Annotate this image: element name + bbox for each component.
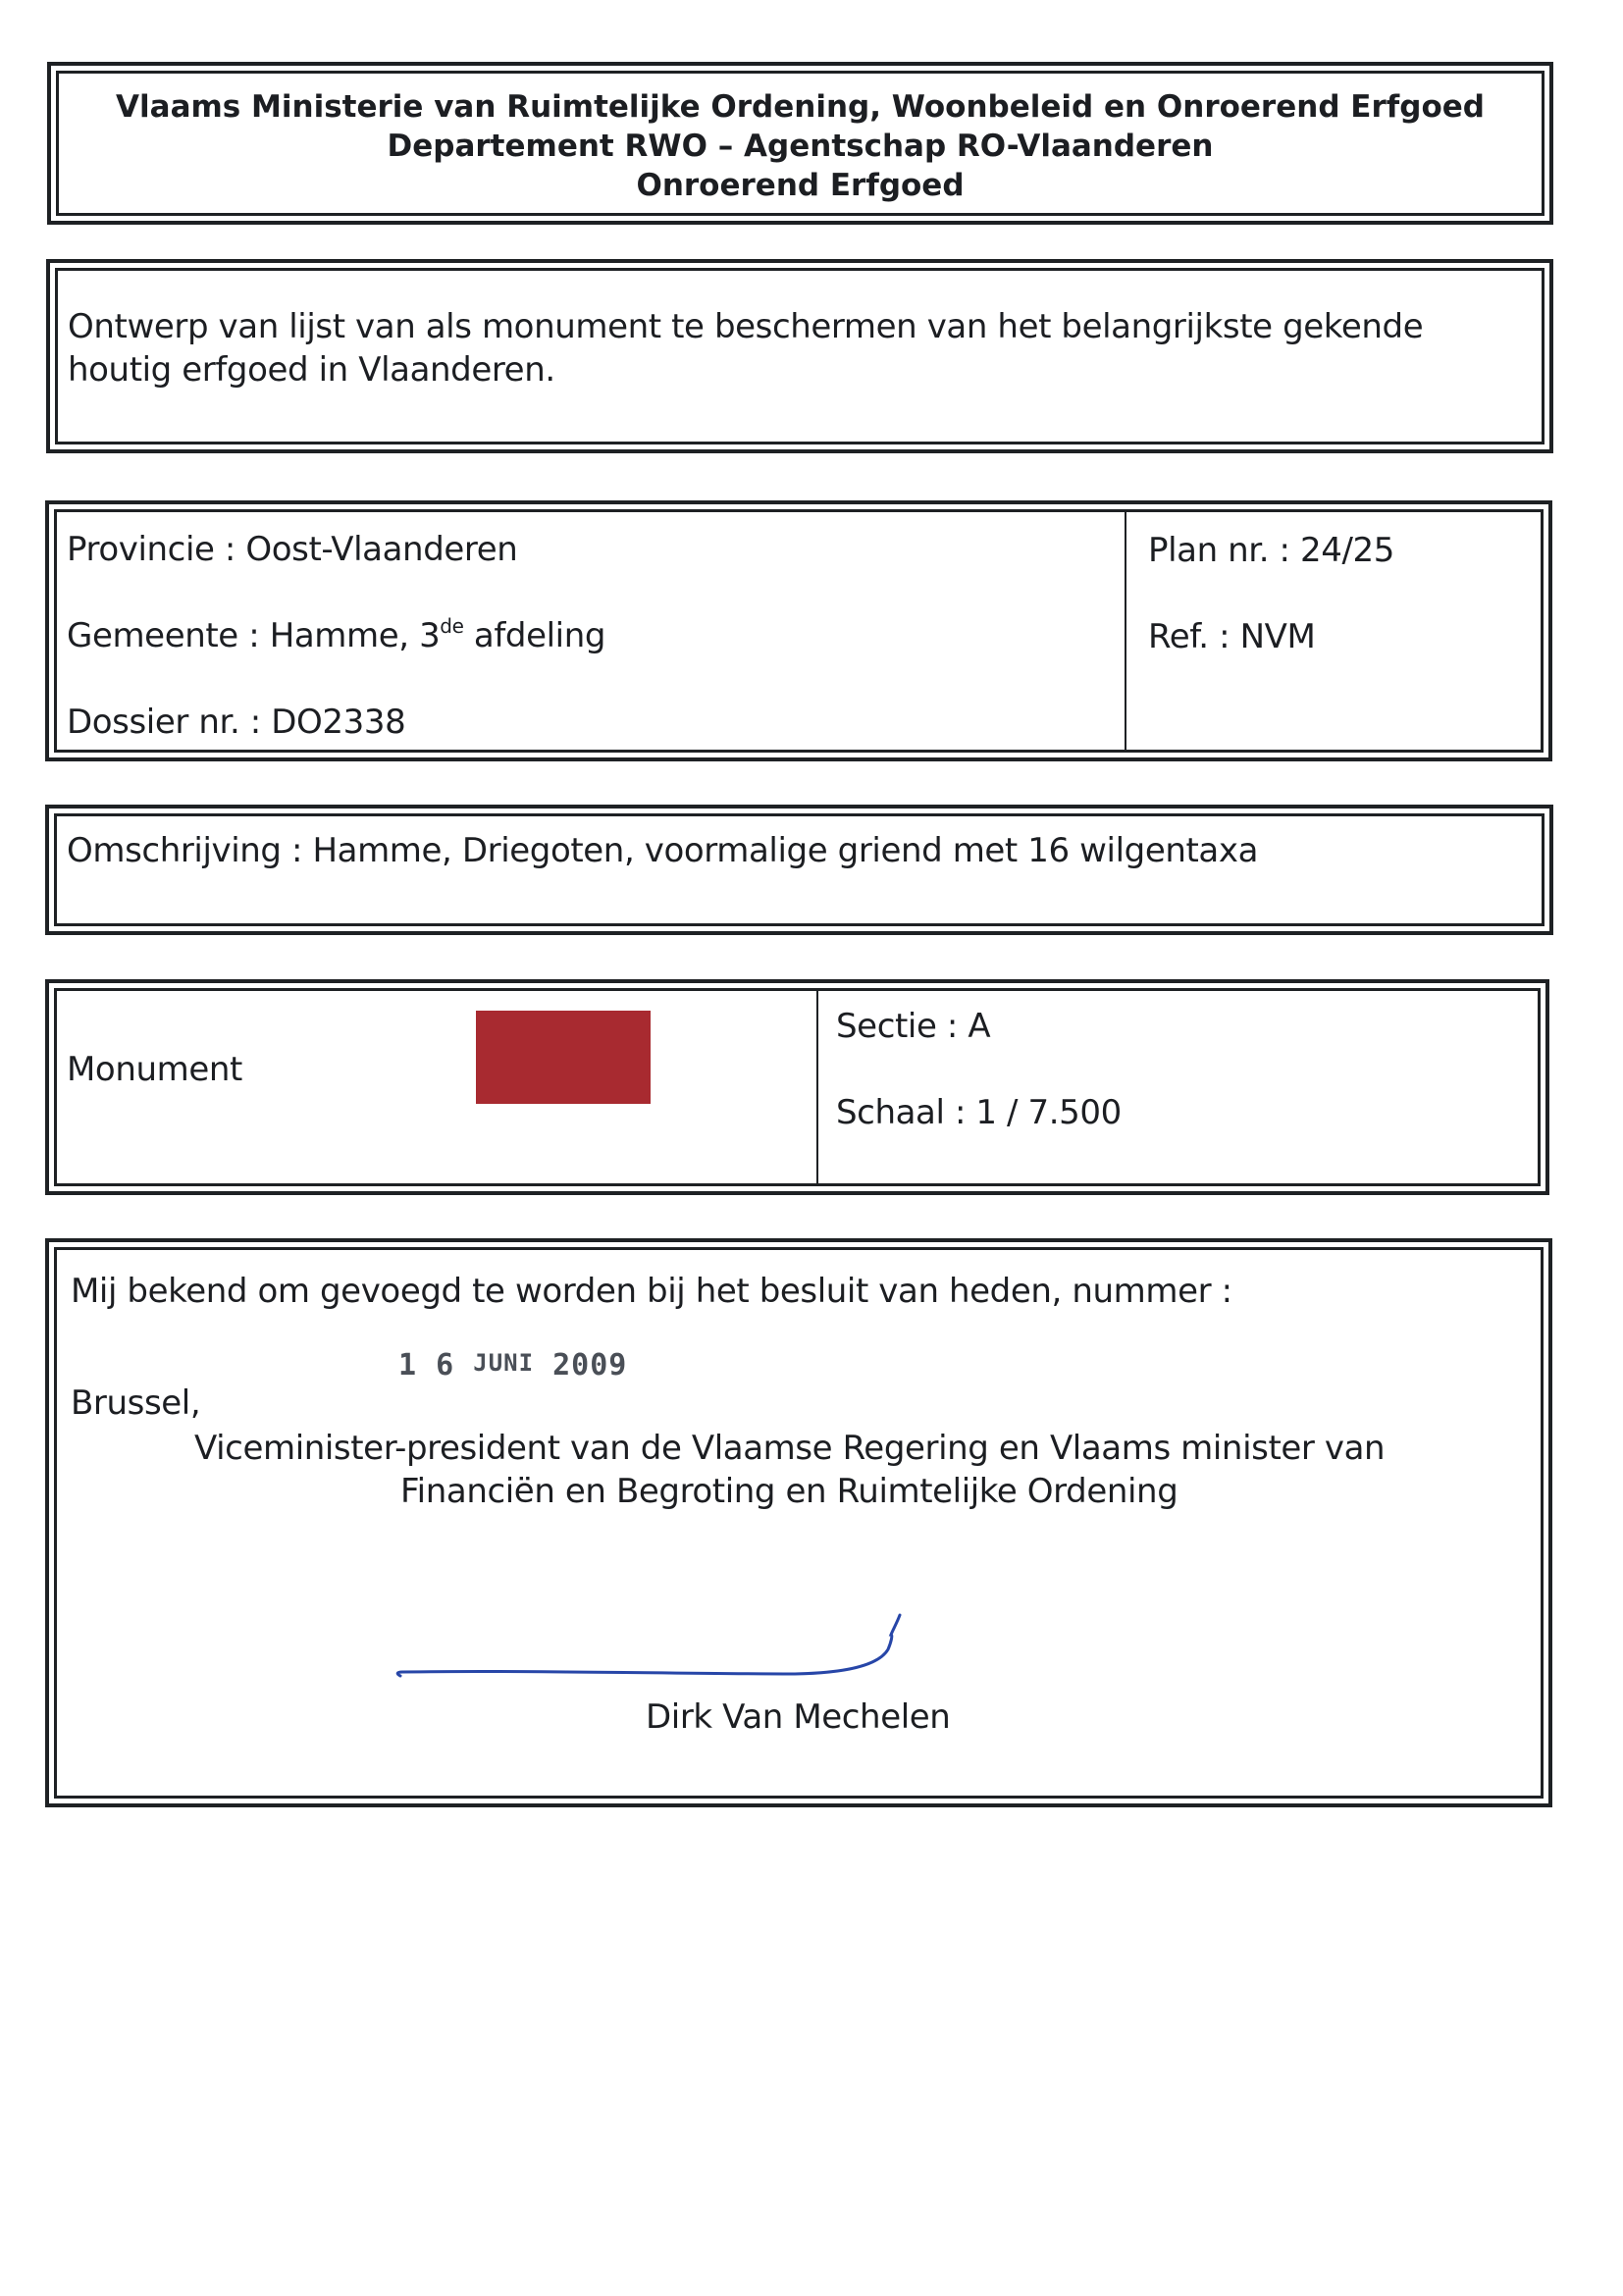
ref-field: Ref. : NVM bbox=[1148, 617, 1315, 656]
location-divider bbox=[1125, 512, 1126, 750]
approval-intro: Mij bekend om gevoegd te worden bij het … bbox=[71, 1272, 1232, 1311]
agency-title: Onroerend Erfgoed bbox=[51, 166, 1549, 205]
subject-line-1: Ontwerp van lijst van als monument te be… bbox=[68, 307, 1423, 346]
dossier-field: Dossier nr. : DO2338 bbox=[67, 703, 405, 742]
subject-box: Ontwerp van lijst van als monument te be… bbox=[46, 259, 1553, 453]
gemeente-field: Gemeente : Hamme, 3de afdeling bbox=[67, 616, 605, 655]
minister-title-line-1: Viceminister-president van de Vlaamse Re… bbox=[194, 1429, 1385, 1468]
description-text: Omschrijving : Hamme, Driegoten, voormal… bbox=[67, 831, 1258, 870]
stamp-year: 2009 bbox=[552, 1348, 627, 1383]
signature-mark bbox=[383, 1605, 932, 1694]
signatory-name: Dirk Van Mechelen bbox=[646, 1697, 950, 1737]
gemeente-ordinal: de bbox=[440, 614, 463, 638]
stamp-day: 1 6 bbox=[398, 1348, 454, 1383]
location-box: Provincie : Oost-Vlaanderen Gemeente : H… bbox=[45, 500, 1552, 761]
approval-box: Mij bekend om gevoegd te worden bij het … bbox=[45, 1238, 1552, 1807]
minister-title-line-2: Financiën en Begroting en Ruimtelijke Or… bbox=[400, 1472, 1178, 1511]
place-text: Brussel, bbox=[71, 1383, 200, 1423]
ministry-title: Vlaams Ministerie van Ruimtelijke Ordeni… bbox=[51, 87, 1549, 127]
gemeente-afdeling: afdeling bbox=[464, 616, 606, 655]
schaal-field: Schaal : 1 / 7.500 bbox=[836, 1093, 1122, 1132]
description-box: Omschrijving : Hamme, Driegoten, voormal… bbox=[45, 805, 1553, 935]
department-title: Departement RWO – Agentschap RO-Vlaander… bbox=[51, 127, 1549, 166]
gemeente-text: Gemeente : Hamme, 3 bbox=[67, 616, 440, 655]
date-stamp: 1 6 JUNI 2009 bbox=[398, 1348, 627, 1383]
monument-legend-swatch bbox=[476, 1011, 651, 1104]
sectie-field: Sectie : A bbox=[836, 1007, 990, 1046]
stamp-month: JUNI bbox=[473, 1349, 534, 1377]
provincie-field: Provincie : Oost-Vlaanderen bbox=[67, 530, 517, 569]
subject-line-2: houtig erfgoed in Vlaanderen. bbox=[68, 350, 555, 390]
header-box: Vlaams Ministerie van Ruimtelijke Ordeni… bbox=[47, 62, 1553, 225]
legend-divider bbox=[816, 991, 818, 1183]
plan-number-field: Plan nr. : 24/25 bbox=[1148, 531, 1394, 570]
legend-box-inner-border bbox=[54, 988, 1541, 1186]
monument-label: Monument bbox=[67, 1050, 242, 1089]
legend-box: Monument Sectie : A Schaal : 1 / 7.500 bbox=[45, 979, 1549, 1195]
